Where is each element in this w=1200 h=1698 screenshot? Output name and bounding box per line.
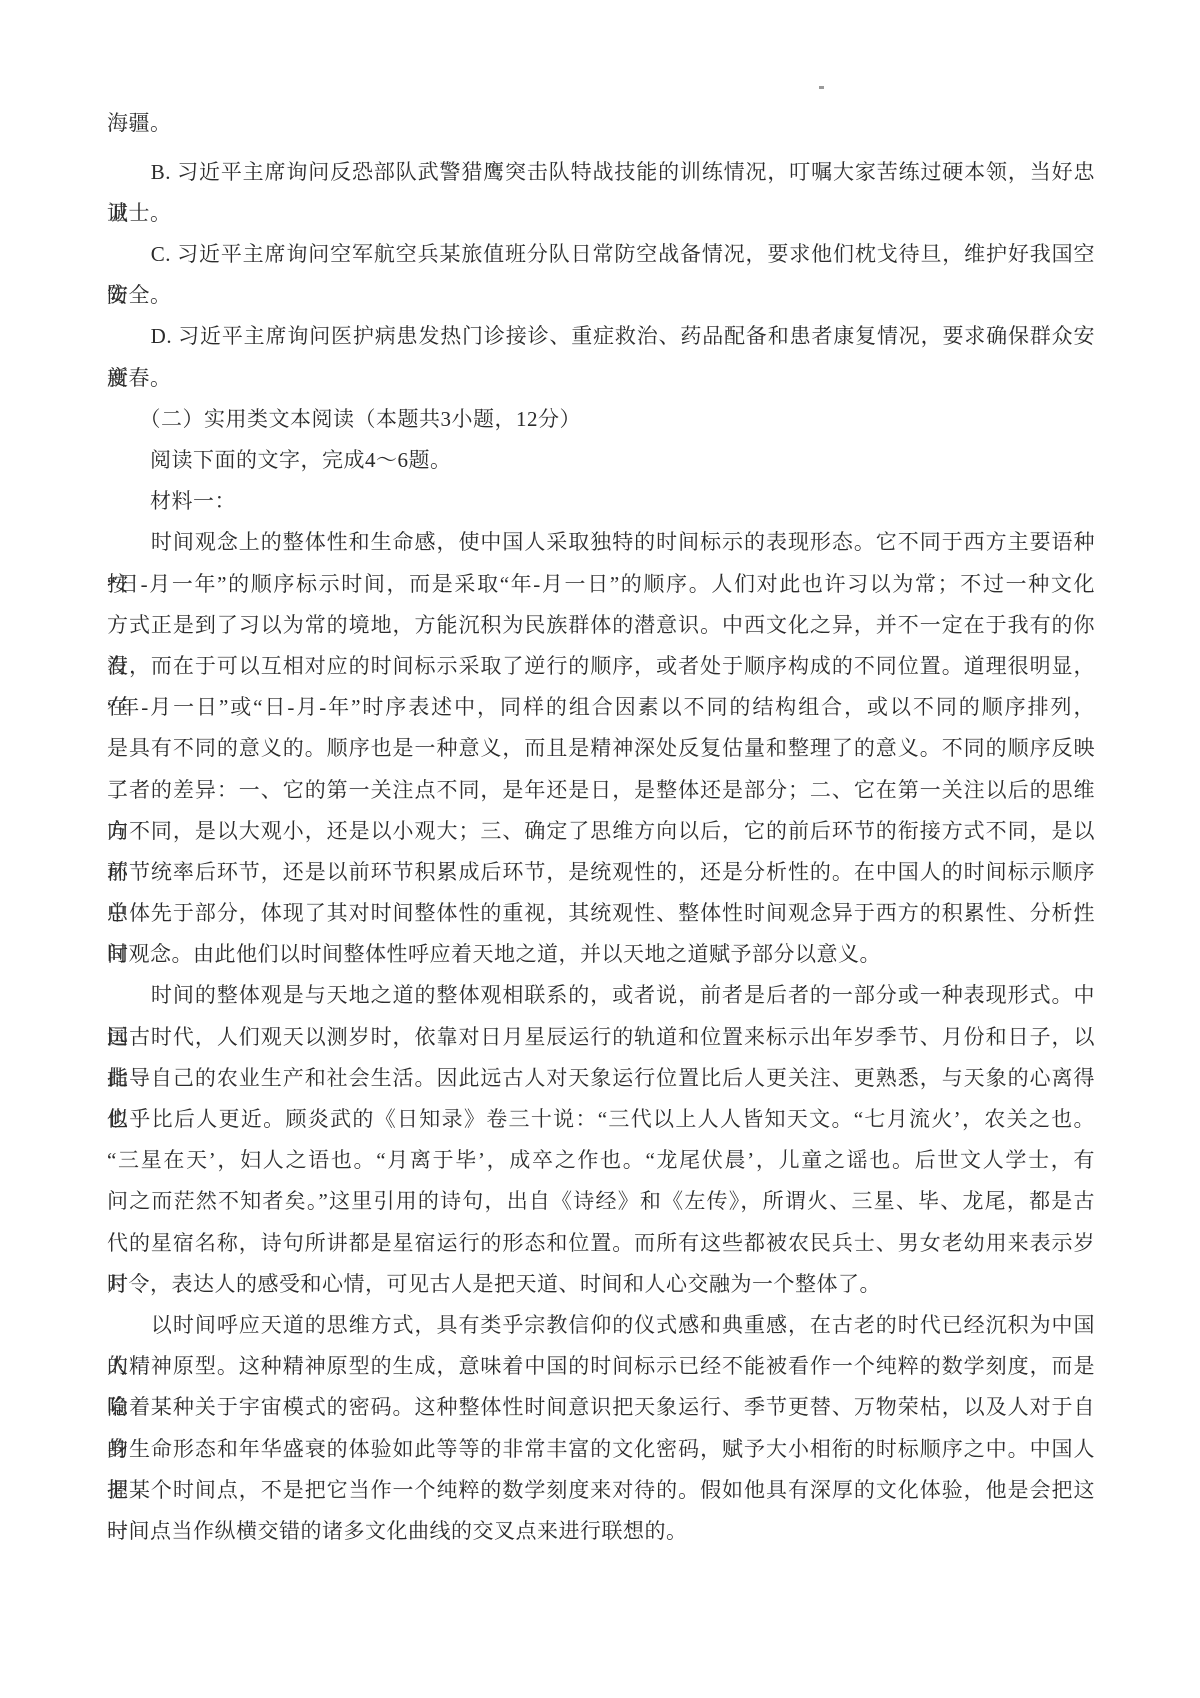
para1-line10: 总体先于部分，体现了其对时间整体性的重视，其统观性、整体性时间观念异于西方的积累… [107, 893, 1095, 934]
section-heading: （二）实用类文本阅读（本题共3小题，12分） [107, 399, 1095, 440]
para2-line8: 时令，表达人的感受和心情，可见古人是把天道、时间和人心交融为一个整体了。 [107, 1264, 1095, 1305]
para3-line5: 握某个时间点，不是把它当作一个纯粹的数学刻度来对待的。假如他具有深厚的文化体验，… [107, 1470, 1095, 1511]
para2-line4: 似乎比后人更近。顾炎武的《日知录》卷三十说：“三代以上人人皆知天文。“七月流火’… [107, 1099, 1095, 1140]
para1-line6: 是具有不同的意义的。顺序也是一种意义，而且是精神深处反复估量和整理了的意义。不同… [107, 728, 1095, 769]
para1-line1: 时间观念上的整体性和生命感，使中国人采取独特的时间标示的表现形态。它不同于西方主… [107, 522, 1095, 563]
para1-line9: 环节统率后环节，还是以前环节积累成后环节，是统观性的，还是分析性的。在中国人的时… [107, 852, 1095, 893]
para1-line2: “日-月一年”的顺序标示时间，而是采取“年-月一日”的顺序。人们对此也许习以为常… [107, 564, 1095, 605]
para2-line6: 问之而茫然不知者矣。”这里引用的诗句，出自《诗经》和《左传》，所谓火、三星、毕、… [107, 1181, 1095, 1222]
option-c-line1: C. 习近平主席询问空军航空兵某旅值班分队日常防空战备情况，要求他们枕戈待旦，维… [107, 234, 1095, 275]
para1-line11: 间观念。由此他们以时间整体性呼应着天地之道，并以天地之道赋予部分以意义。 [107, 934, 1095, 975]
para2-line1: 时间的整体观是与天地之道的整体观相联系的，或者说，前者是后者的一部分或一种表现形… [107, 975, 1095, 1016]
option-d-line2: 新春。 [107, 358, 1095, 399]
para2-line7: 代的星宿名称，诗句所讲都是星宿运行的形态和位置。而所有这些都被农民兵士、男女老幼… [107, 1223, 1095, 1264]
para1-line4: 有，而在于可以互相对应的时间标示采取了逆行的顺序，或者处于顺序构成的不同位置。道… [107, 646, 1095, 687]
option-b-line2: 卫士。 [107, 193, 1095, 234]
para2-line2: 远古时代，人们观天以测岁时，依靠对日月星辰运行的轨道和位置来标示出年岁季节、月份… [107, 1017, 1095, 1058]
para2-line5: “三星在天’，妇人之语也。“月离于毕’，成卒之作也。“龙尾伏晨’，儿童之谣也。后… [107, 1140, 1095, 1181]
document-page: 海疆。 B. 习近平主席询问反恐部队武警猎鹰突击队特战技能的训练情况，叮嘱大家苦… [0, 0, 1200, 1698]
option-d-line1: D. 习近平主席询问医护病患发热门诊接诊、重症救治、药品配备和患者康复情况，要求… [107, 316, 1095, 357]
para3-line1: 以时间呼应天道的思维方式，具有类乎宗教信仰的仪式感和典重感，在古老的时代已经沉积… [107, 1305, 1095, 1346]
text-column: 海疆。 B. 习近平主席询问反恐部队武警猎鹰突击队特战技能的训练情况，叮嘱大家苦… [107, 103, 1095, 1552]
para1-line5: “年-月一日”或“日-月-年”时序表述中，同样的组合因素以不同的结构组合，或以不… [107, 687, 1095, 728]
para1-line8: 向不同，是以大观小，还是以小观大；三、确定了思维方向以后，它的前后环节的衔接方式… [107, 811, 1095, 852]
para1-line3: 方式正是到了习以为常的境地，方能沉积为民族群体的潜意识。中西文化之异，并不一定在… [107, 605, 1095, 646]
material-one-label: 材料一： [107, 481, 1095, 522]
para3-line4: 的生命形态和年华盛衰的体验如此等等的非常丰富的文化密码，赋予大小相衔的时标顺序之… [107, 1429, 1095, 1470]
para3-line3: 喻着某种关于宇宙模式的密码。这种整体性时间意识把天象运行、季节更替、万物荣枯，以… [107, 1387, 1095, 1428]
para3-line2: 的精神原型。这种精神原型的生成，意味着中国的时间标示已经不能被看作一个纯粹的数学… [107, 1346, 1095, 1387]
para1-line7: 二者的差异：一、它的第一关注点不同，是年还是日，是整体还是部分；二、它在第一关注… [107, 770, 1095, 811]
scan-artifact-dot [819, 86, 824, 89]
option-b-line1: B. 习近平主席询问反恐部队武警猎鹰突击队特战技能的训练情况，叮嘱大家苦练过硬本… [107, 152, 1095, 193]
para3-line6: 时间点当作纵横交错的诸多文化曲线的交叉点来进行联想的。 [107, 1511, 1095, 1552]
para2-line3: 指导自己的农业生产和社会生活。因此远古人对天象运行位置比后人更关注、更熟悉，与天… [107, 1058, 1095, 1099]
option-a-continuation: 海疆。 [107, 103, 1095, 144]
option-c-line2: 安全。 [107, 275, 1095, 316]
reading-instruction: 阅读下面的文字，完成4～6题。 [107, 440, 1095, 481]
